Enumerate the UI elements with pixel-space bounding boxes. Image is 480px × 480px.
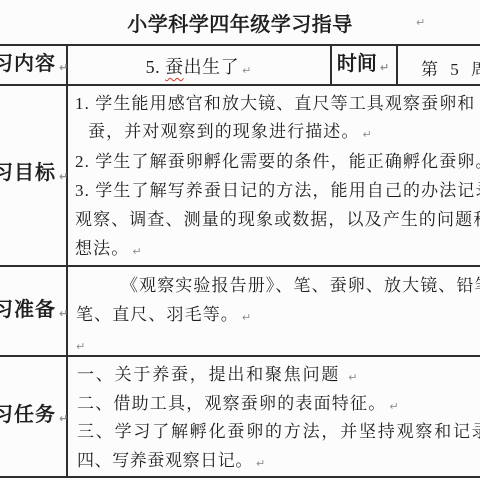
time-label-cell: 时间↵	[330, 52, 396, 76]
paragraph-mark: ↵	[413, 16, 425, 29]
goal-line: 2. 学生了解蚕卵孵化需要的条件，能正确孵化蚕卵。	[75, 151, 480, 173]
task-line: 三、学习了解孵化蚕卵的方法，并坚持观察和记录	[77, 421, 480, 443]
row-label-tasks-text: 学习任务	[0, 404, 56, 426]
goal-line-text: 想法。	[75, 239, 129, 258]
paragraph-mark: ↵	[76, 340, 85, 353]
table-border-row1	[0, 84, 480, 86]
paragraph-mark: ↵	[239, 64, 251, 77]
lesson-number: 5.	[146, 57, 166, 77]
goal-line: 观察、调查、测量的现象或数据，以及产生的问题和	[75, 209, 480, 231]
goal-line: 想法。↵	[75, 238, 142, 260]
goal-line: 1. 学生能用感官和放大镜、直尺等工具观察蚕卵和	[75, 93, 475, 115]
row-label-content-text: 学习内容	[0, 53, 56, 75]
prep-line-text: 笔、直尺、羽毛等。	[76, 305, 239, 324]
row-label-preparation-text: 学习准备	[0, 299, 56, 321]
task-line: 一、关于养蚕，提出和聚焦问题↵	[77, 364, 357, 386]
paragraph-mark: ↵	[239, 311, 251, 324]
row-label-goals: 学习目标↵	[0, 161, 72, 185]
task-line-text: 二、借助工具，观察蚕卵的表面特征。	[77, 394, 386, 413]
paragraph-mark: ↵	[56, 170, 68, 183]
time-value-cell: 第 5 周	[396, 55, 480, 80]
task-line-text: 一、关于养蚕，提出和聚焦问题	[77, 365, 340, 384]
document-page: 小学科学四年级学习指导 ↵ 学习内容↵ 5. 蚕出生了↵ 时间↵ 第 5 周 学…	[0, 0, 480, 480]
paragraph-mark: ↵	[129, 245, 141, 258]
task-line: 四、写养蚕观察日记。↵	[77, 450, 265, 472]
lesson-title-rest: 出生了	[184, 57, 240, 77]
row-label-tasks: 学习任务↵	[0, 403, 72, 427]
goal-line: 3. 学生了解写养蚕日记的方法，能用自己的办法记录	[75, 180, 480, 202]
prep-line: 笔、直尺、羽毛等。↵	[76, 304, 251, 326]
row-label-goals-text: 学习目标	[0, 162, 56, 184]
row-label-content: 学习内容↵	[0, 52, 72, 76]
lesson-title-misspelled: 蚕	[165, 57, 184, 77]
paragraph-mark: ↵	[360, 128, 372, 141]
paragraph-mark: ↵	[56, 307, 68, 320]
goal-line-text: 蚕，并对观察到的现象进行描述。	[88, 122, 360, 141]
task-line: 二、借助工具，观察蚕卵的表面特征。↵	[77, 393, 399, 415]
paragraph-mark: ↵	[377, 61, 389, 74]
table-border-top	[0, 44, 480, 46]
lesson-title-cell: 5. 蚕出生了↵	[67, 53, 330, 79]
paragraph-mark: ↵	[56, 412, 68, 425]
table-border-bottom	[0, 476, 480, 478]
goal-line: 蚕，并对观察到的现象进行描述。↵	[88, 121, 372, 143]
task-line-text: 四、写养蚕观察日记。	[77, 451, 253, 470]
table-border-row2	[0, 265, 480, 267]
page-title: 小学科学四年级学习指导	[0, 8, 480, 37]
prep-line: 《观察实验报告册》、笔、蚕卵、放大镜、铅笔	[121, 275, 480, 297]
table-border-row3	[0, 355, 480, 357]
row-label-preparation: 学习准备↵	[0, 298, 72, 322]
paragraph-mark: ↵	[386, 400, 398, 413]
prep-empty-line: ↵	[76, 333, 85, 355]
time-label-text: 时间	[337, 53, 377, 75]
paragraph-mark: ↵	[253, 457, 265, 470]
paragraph-mark: ↵	[340, 371, 357, 384]
